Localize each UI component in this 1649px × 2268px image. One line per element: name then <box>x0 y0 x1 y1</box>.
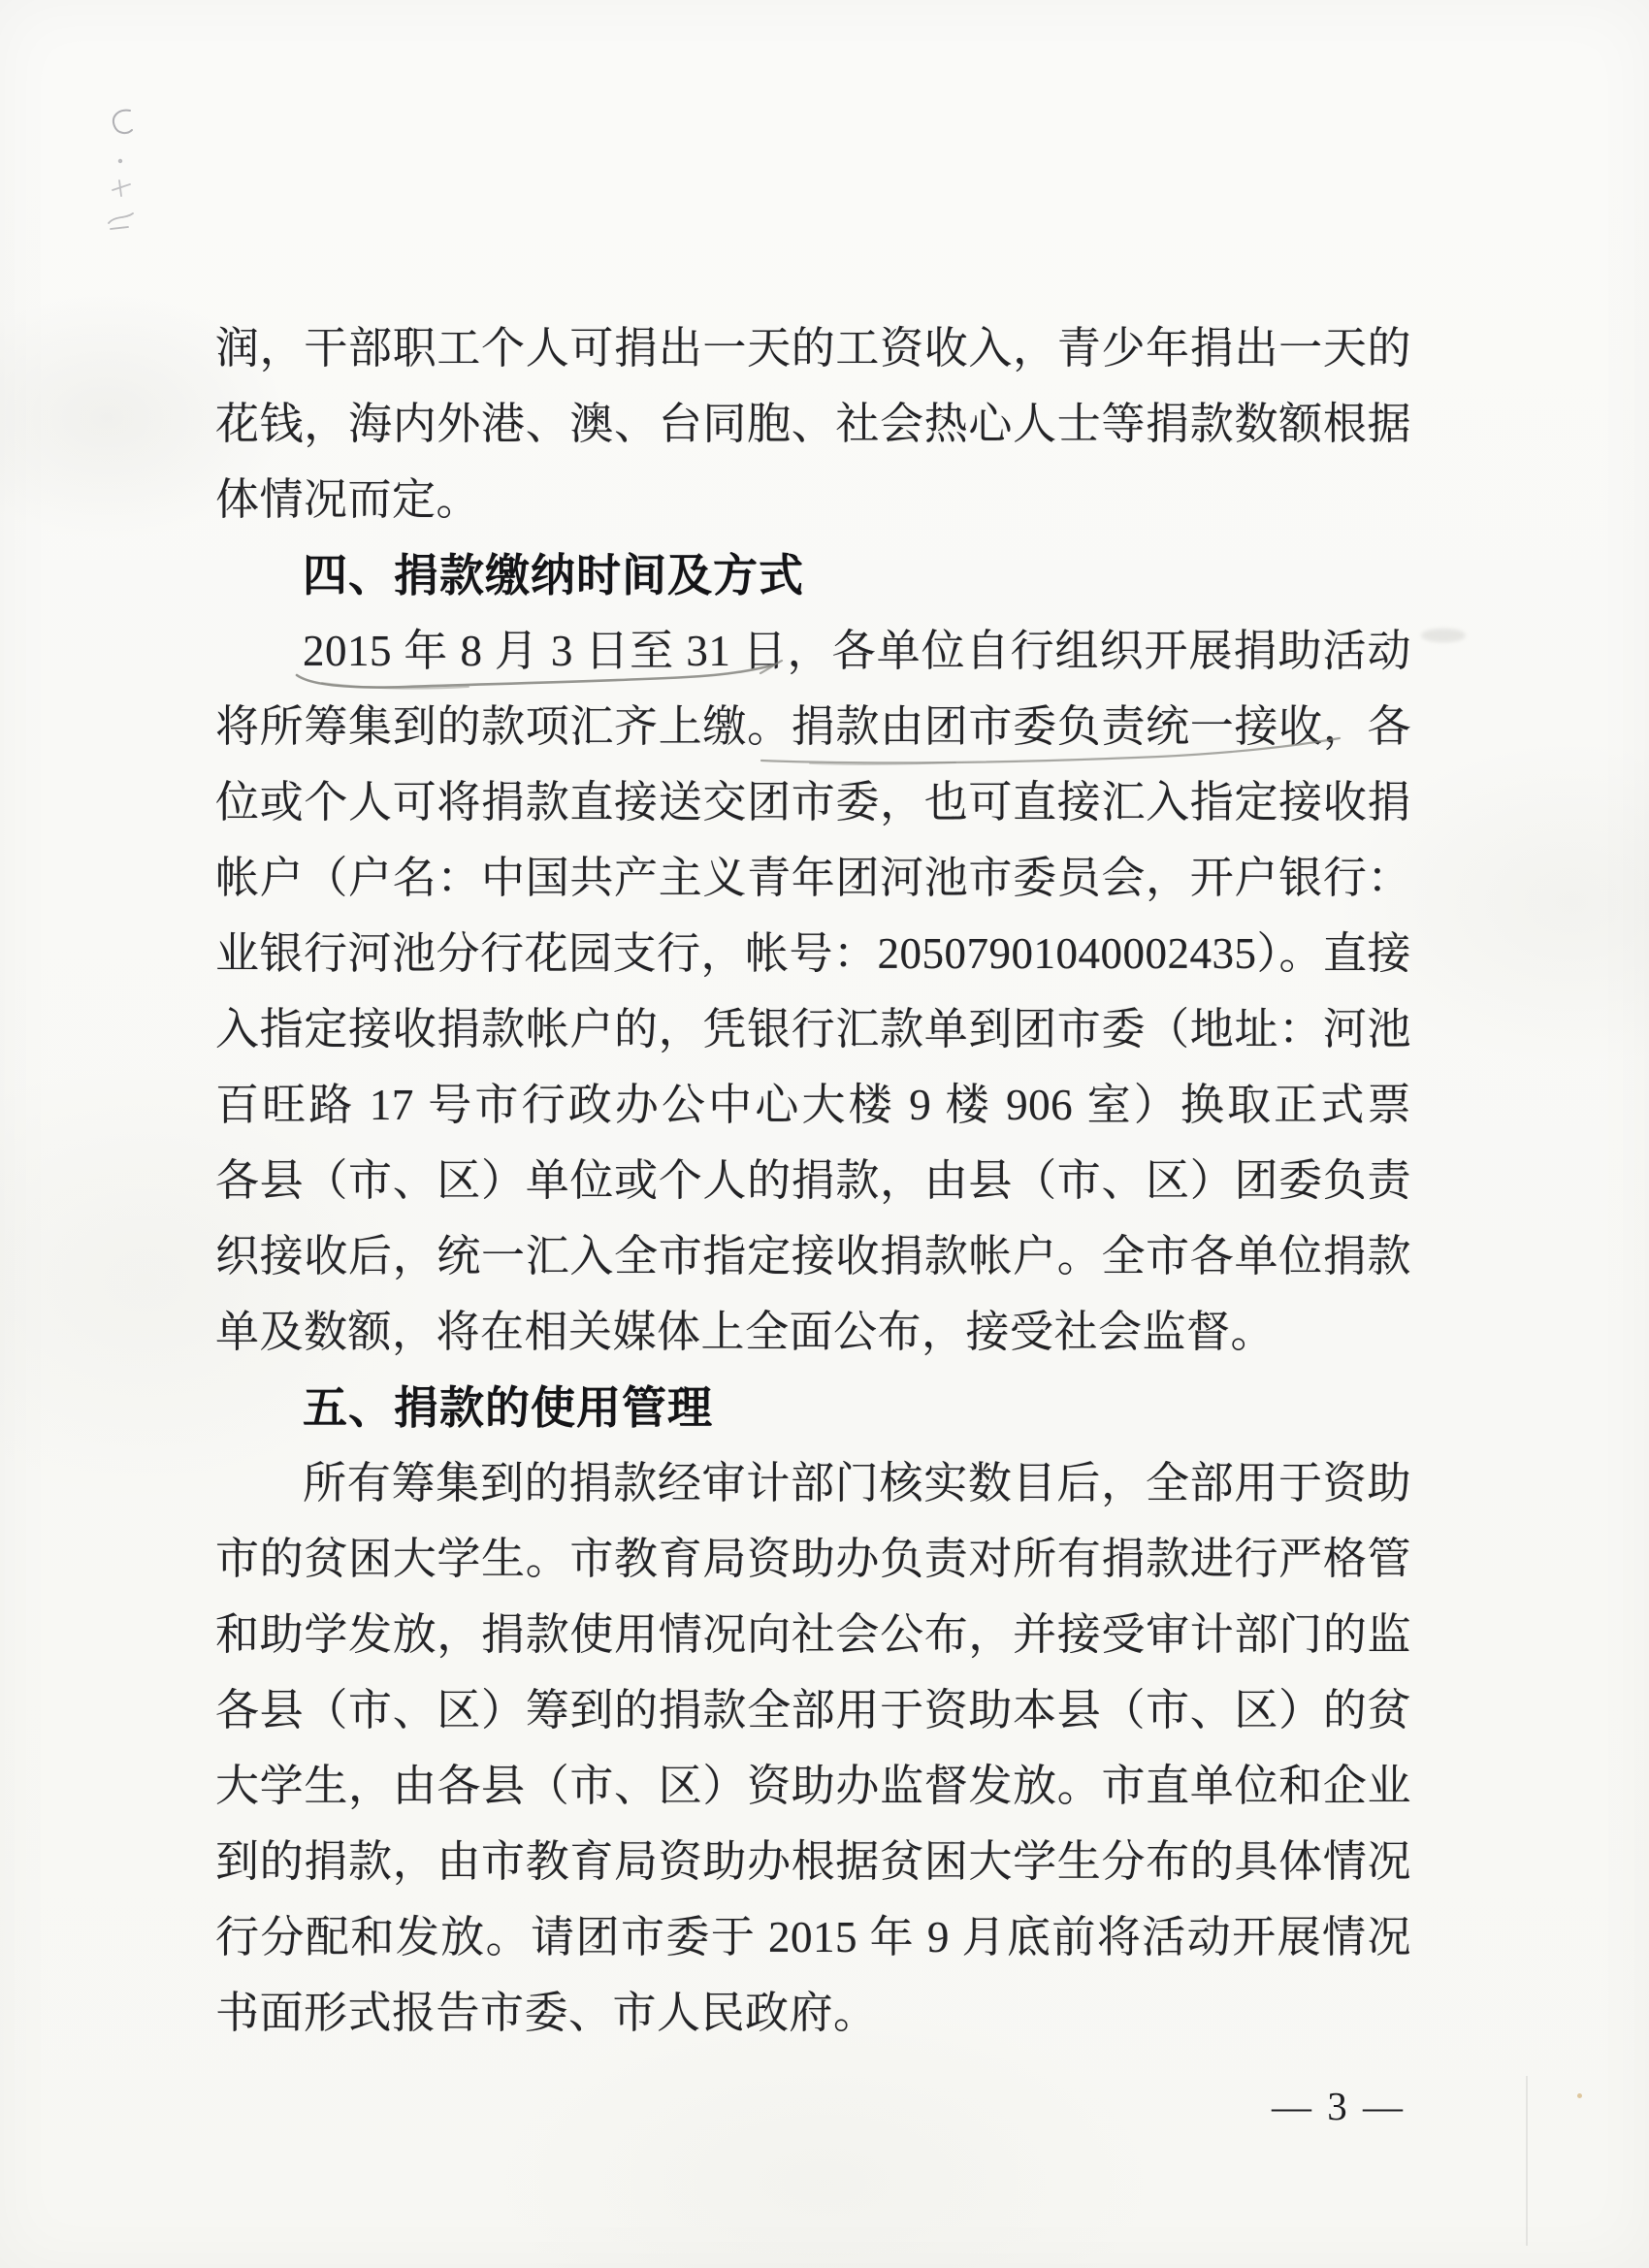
scan-streak <box>1526 2076 1528 2246</box>
text-line: 行分配和发放。请团市委于 2015 年 9 月底前将活动开展情况以 <box>215 1899 1411 1975</box>
text-line: 书面形式报告市委、市人民政府。 <box>215 1975 1411 2051</box>
text-line: 体情况而定。 <box>215 462 1411 537</box>
text-line: 各县（市、区）单位或个人的捐款，由县（市、区）团委负责组 <box>215 1143 1411 1218</box>
text-line: 单及数额，将在相关媒体上全面公布，接受社会监督。 <box>215 1294 1411 1370</box>
text-line: 将所筹集到的款项汇齐上缴。捐款由团市委负责统一接收，各单 <box>215 689 1411 764</box>
text-line: 入指定接收捐款帐户的，凭银行汇款单到团市委（地址：河池市 <box>215 991 1411 1067</box>
text-line: 所有筹集到的捐款经审计部门核实数目后，全部用于资助我 <box>215 1445 1411 1521</box>
paper-speck <box>1577 2093 1582 2098</box>
text-line: 花钱，海内外港、澳、台同胞、社会热心人士等捐款数额根据具 <box>215 386 1411 462</box>
scan-smudge <box>1421 629 1466 642</box>
text-line: 帐户（户名：中国共产主义青年团河池市委员会，开户银行：农 <box>215 840 1411 916</box>
text-line: 和助学发放，捐款使用情况向社会公布，并接受审计部门的监督。 <box>215 1597 1411 1672</box>
text-line: 2015 年 8 月 3 日至 31 日，各单位自行组织开展捐助活动并 <box>215 613 1411 689</box>
text-line: 位或个人可将捐款直接送交团市委，也可直接汇入指定接收捐款 <box>215 764 1411 840</box>
text-line: 润，干部职工个人可捐出一天的工资收入，青少年捐出一天的零 <box>215 310 1411 386</box>
document-text-block: 润，干部职工个人可捐出一天的工资收入，青少年捐出一天的零 花钱，海内外港、澳、台… <box>215 310 1411 2051</box>
text-line: 到的捐款，由市教育局资助办根据贫困大学生分布的具体情况进 <box>215 1824 1411 1899</box>
section-heading-4: 四、捐款缴纳时间及方式 <box>215 537 1411 613</box>
text-line: 各县（市、区）筹到的捐款全部用于资助本县（市、区）的贫困 <box>215 1672 1411 1748</box>
page-number: — 3 — <box>1251 2076 1426 2136</box>
pencil-scribble-corner-icon <box>101 105 149 241</box>
section-heading-5: 五、捐款的使用管理 <box>215 1370 1411 1445</box>
text-line: 市的贫困大学生。市教育局资助办负责对所有捐款进行严格管理 <box>215 1521 1411 1597</box>
scanned-document-page: 润，干部职工个人可捐出一天的工资收入，青少年捐出一天的零 花钱，海内外港、澳、台… <box>0 0 1649 2268</box>
text-line: 大学生，由各县（市、区）资助办监督发放。市直单位和企业筹 <box>215 1748 1411 1824</box>
text-line-bank-account: 业银行河池分行花园支行，帐号：20507901040002435）。直接汇 <box>215 916 1411 991</box>
text-line-address: 百旺路 17 号市行政办公中心大楼 9 楼 906 室）换取正式票据。 <box>215 1067 1411 1143</box>
text-line: 织接收后，统一汇入全市指定接收捐款帐户。全市各单位捐款名 <box>215 1218 1411 1294</box>
